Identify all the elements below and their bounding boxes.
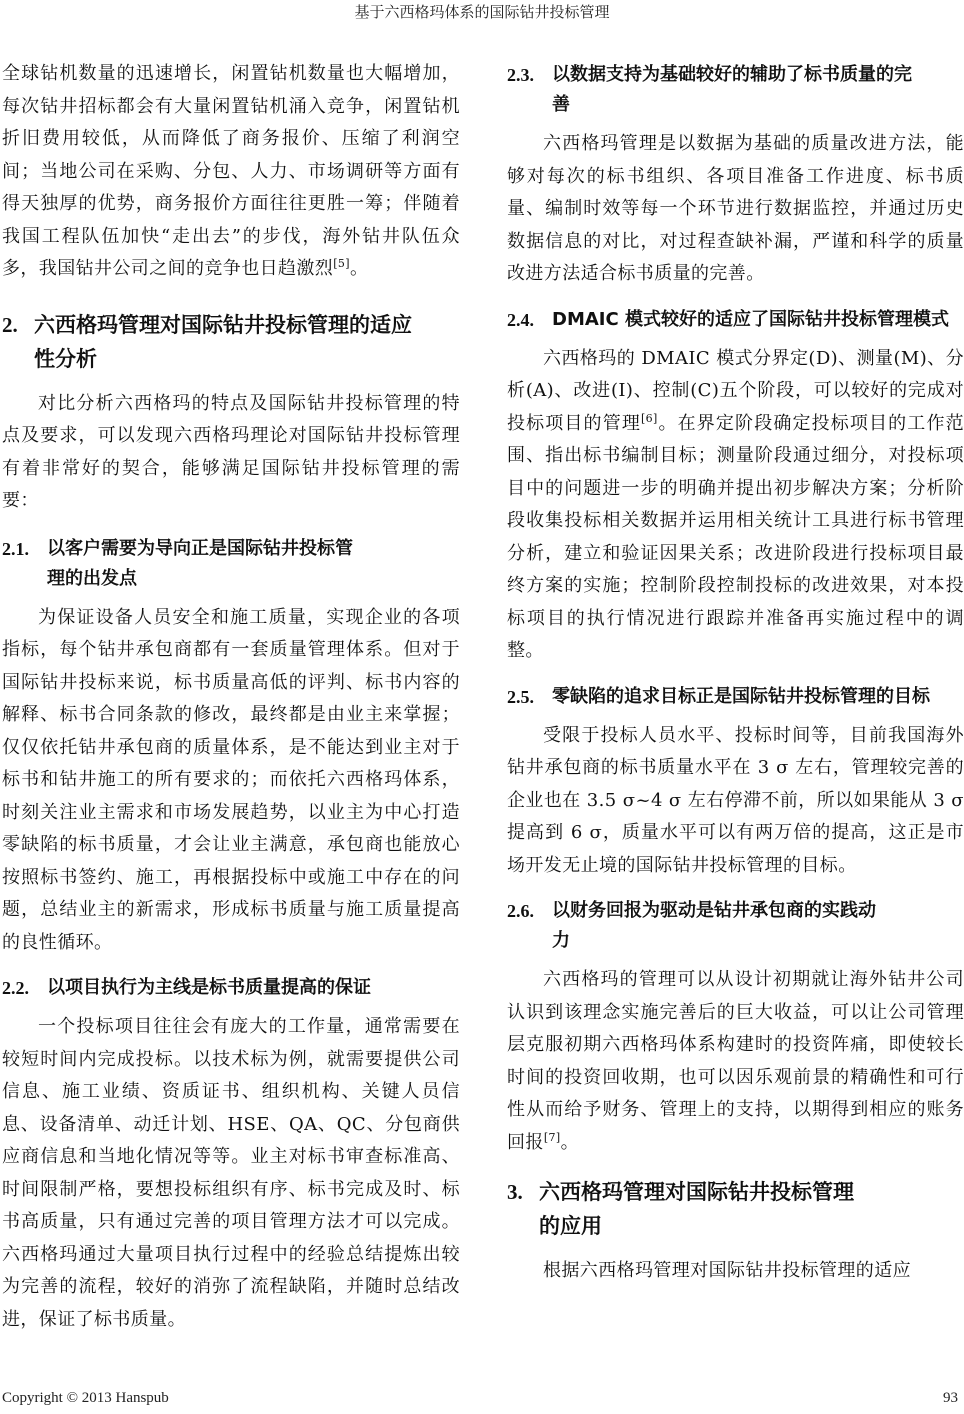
section-number: 2.4. (507, 305, 552, 335)
section-2-1-heading: 2.1. 以客户需要为导向正是国际钻井投标管理的出发点 (2, 534, 460, 594)
section-2-6-paragraph: 六西格玛的管理可以从设计初期就让海外钻井公司认识到该理念实施完善后的巨大收益，可… (507, 964, 964, 1159)
intro-text: 全球钻机数量的迅速增长，闲置钻机数量也大幅增加，每次钻井招标都会有大量闲置钻机涌… (2, 63, 460, 279)
page-number: 93 (943, 1390, 958, 1407)
section-2-4-paragraph: 六西格玛的 DMAIC 模式分界定(D)、测量(M)、分析(A)、改进(I)、控… (507, 343, 964, 668)
section-title: 以财务回报为驱动是钻井承包商的实践动力 (552, 896, 964, 956)
section-2-5-heading: 2.5. 零缺陷的追求目标正是国际钻井投标管理的目标 (507, 682, 964, 712)
intro-paragraph: 全球钻机数量的迅速增长，闲置钻机数量也大幅增加，每次钻井招标都会有大量闲置钻机涌… (2, 58, 460, 286)
paragraph-part: 。在界定阶段确定投标项目的工作范围、指出标书编制目标；测量阶段通过细分，对投标项… (507, 413, 964, 662)
section-2-2-paragraph: 一个投标项目往往会有庞大的工作量，通常需要在较短时间内完成投标。以技术标为例，就… (2, 1011, 460, 1336)
running-title: 基于六西格玛体系的国际钻井投标管理 (0, 2, 964, 22)
section-title: DMAIC 模式较好的适应了国际钻井投标管理模式 (552, 305, 964, 335)
section-title: 六西格玛管理对国际钻井投标管理的应用 (539, 1175, 964, 1243)
citation-7[interactable]: [7] (544, 1131, 561, 1144)
citation-6[interactable]: [6] (641, 412, 658, 425)
paragraph-part: 六西格玛的管理可以从设计初期就让海外钻井公司认识到该理念实施完善后的巨大收益，可… (507, 969, 964, 1153)
section-title: 六西格玛管理对国际钻井投标管理的适应性分析 (34, 308, 460, 376)
section-number: 2.5. (507, 682, 552, 712)
section-2-5-paragraph: 受限于投标人员水平、投标时间等，目前我国海外钻井承包商的标书质量水平在 3 σ … (507, 720, 964, 883)
section-title: 以数据支持为基础较好的辅助了标书质量的完善 (552, 60, 964, 120)
section-title: 以项目执行为主线是标书质量提高的保证 (47, 973, 460, 1003)
section-3-heading: 3. 六西格玛管理对国际钻井投标管理的应用 (507, 1175, 964, 1243)
section-2-3-paragraph: 六西格玛管理是以数据为基础的质量改进方法，能够对每次的标书组织、各项目准备工作进… (507, 128, 964, 291)
section-2-paragraph: 对比分析六西格玛的特点及国际钻井投标管理的特点及要求，可以发现六西格玛理论对国际… (2, 388, 460, 518)
section-2-6-heading: 2.6. 以财务回报为驱动是钻井承包商的实践动力 (507, 896, 964, 956)
section-2-3-heading: 2.3. 以数据支持为基础较好的辅助了标书质量的完善 (507, 60, 964, 120)
section-number: 2.2. (2, 973, 47, 1003)
left-column: 全球钻机数量的迅速增长，闲置钻机数量也大幅增加，每次钻井招标都会有大量闲置钻机涌… (2, 58, 460, 1336)
section-number: 3. (507, 1175, 539, 1243)
copyright-notice: Copyright © 2013 Hanspub (2, 1390, 169, 1407)
citation-5[interactable]: [5] (333, 257, 350, 270)
section-2-2-heading: 2.2. 以项目执行为主线是标书质量提高的保证 (2, 973, 460, 1003)
right-column: 2.3. 以数据支持为基础较好的辅助了标书质量的完善 六西格玛管理是以数据为基础… (507, 60, 964, 1288)
section-number: 2.6. (507, 896, 552, 956)
intro-end: 。 (350, 258, 368, 279)
section-title: 零缺陷的追求目标正是国际钻井投标管理的目标 (552, 682, 964, 712)
section-number: 2. (2, 308, 34, 376)
section-title: 以客户需要为导向正是国际钻井投标管理的出发点 (47, 534, 460, 594)
section-number: 2.1. (2, 534, 47, 594)
section-2-4-heading: 2.4. DMAIC 模式较好的适应了国际钻井投标管理模式 (507, 305, 964, 335)
paragraph-part: 。 (561, 1132, 579, 1153)
section-2-1-paragraph: 为保证设备人员安全和施工质量，实现企业的各项指标，每个钻井承包商都有一套质量管理… (2, 602, 460, 960)
section-3-paragraph: 根据六西格玛管理对国际钻井投标管理的适应 (507, 1255, 964, 1288)
section-2-heading: 2. 六西格玛管理对国际钻井投标管理的适应性分析 (2, 308, 460, 376)
section-number: 2.3. (507, 60, 552, 120)
